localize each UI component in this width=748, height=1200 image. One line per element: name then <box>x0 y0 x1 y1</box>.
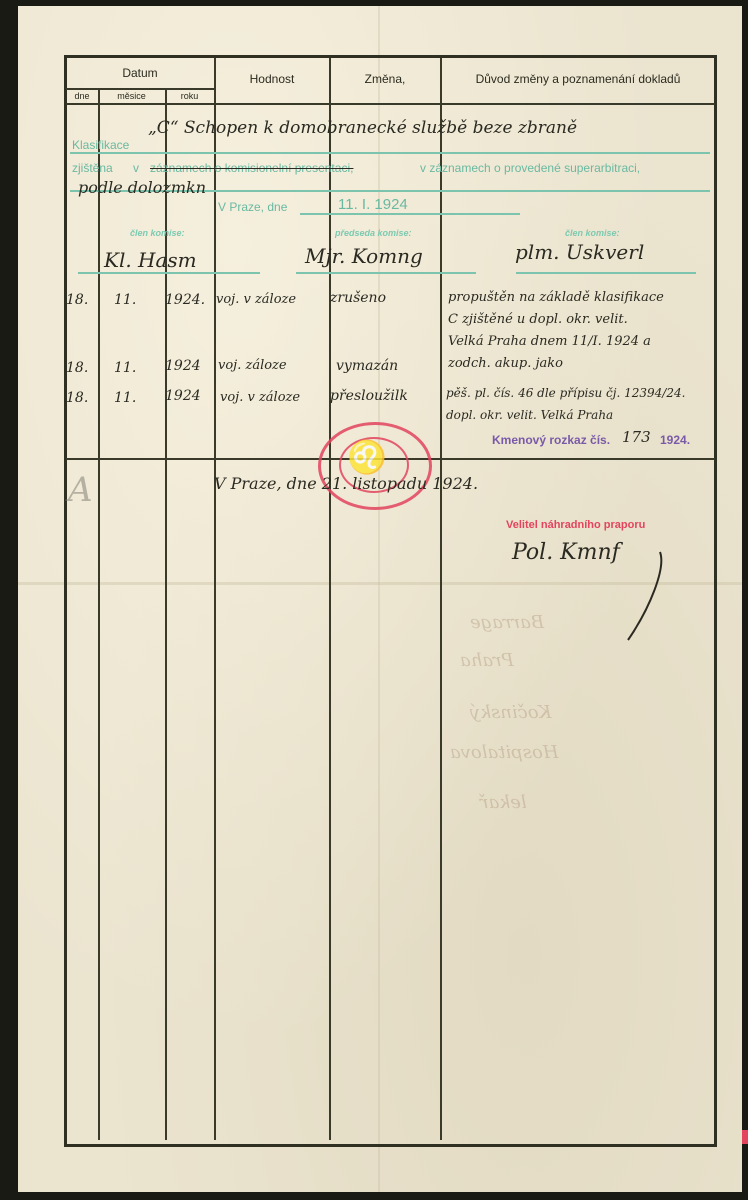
cell-mesice: 11. <box>114 292 136 308</box>
header-duvod: Důvod změny a poznamenání dokladů <box>441 72 715 86</box>
handwritten-classification: „C“ Schopen k domobranecké službě beze z… <box>148 118 577 138</box>
signature-line <box>78 272 260 274</box>
kmenovy-rozkaz-number: 173 <box>622 428 651 446</box>
header-bottom-line <box>66 103 715 105</box>
header-dne: dne <box>66 91 98 101</box>
printed-superarbitrace: v záznamech o provedené superarbitraci, <box>420 161 640 175</box>
official-seal: ♌ <box>318 422 432 510</box>
header-subdivider <box>66 88 214 90</box>
printed-v: v <box>133 161 139 175</box>
cell-mesice: 11. <box>114 390 136 406</box>
signature-center: Mjr. Komng <box>305 244 423 268</box>
label-clen-komise-right: člen komise: <box>565 228 620 238</box>
signature-right: plm. Uskverl <box>515 240 644 264</box>
signature-line <box>516 272 696 274</box>
signature-stroke <box>620 548 670 648</box>
cell-dne: 18. <box>66 292 88 308</box>
closing-place-date: V Praze, dne 21. listopadu 1924. <box>214 474 478 493</box>
column-divider-dne <box>98 88 100 1140</box>
commander-signature: Pol. Kmnf <box>512 540 620 565</box>
cell-hodnost: voj. v záloze <box>216 292 296 307</box>
cell-duvod-line: dopl. okr. velit. Velká Praha <box>446 408 613 422</box>
header-datum: Datum <box>66 66 214 80</box>
cell-mesice: 11. <box>114 360 136 376</box>
label-clen-komise-left: člen komise: <box>130 228 185 238</box>
cell-duvod-line: Velká Praha dnem 11/I. 1924 a <box>448 334 651 349</box>
cell-zmena: zrušeno <box>330 290 386 306</box>
margin-pencil-mark: A <box>68 470 93 510</box>
kmenovy-rozkaz-year: 1924. <box>660 433 690 447</box>
label-klasifikace: Klasifikace <box>72 138 129 152</box>
edge-red-mark <box>742 1130 748 1144</box>
signature-left: Kl. Hasm <box>104 248 197 272</box>
cell-hodnost: voj. v záloze <box>220 390 300 405</box>
date-stamp: 11. I. 1924 <box>338 196 408 213</box>
cell-duvod-line: propuštěn na základě klasifikace <box>448 290 664 305</box>
handwritten-podle: podle dolozmkn <box>78 178 206 197</box>
kmenovy-rozkaz-label: Kmenový rozkaz čís. <box>492 433 610 447</box>
cell-roku: 1924 <box>165 388 201 404</box>
cell-zmena: vymazán <box>336 358 398 374</box>
form-line <box>300 213 520 215</box>
cell-duvod-line: C zjištěné u dopl. okr. velit. <box>448 312 628 327</box>
cell-hodnost: voj. záloze <box>218 358 287 373</box>
header-hodnost: Hodnost <box>215 72 329 86</box>
label-zjistena: zjištěna <box>72 161 113 175</box>
form-line <box>70 152 710 154</box>
printed-struck-text: záznamech o komisionelní presentaci, <box>150 161 353 175</box>
header-mesice: měsice <box>98 91 165 101</box>
cell-duvod-line: pěš. pl. čís. 46 dle přípisu čj. 12394/2… <box>446 386 685 400</box>
lion-emblem-icon: ♌ <box>347 441 387 473</box>
label-predseda-komise: předseda komise: <box>335 228 412 238</box>
cell-roku: 1924. <box>165 292 205 308</box>
cell-duvod-line: zodch. akup. jako <box>448 356 563 371</box>
column-divider-mesice <box>165 88 167 1140</box>
cell-dne: 18. <box>66 390 88 406</box>
cell-roku: 1924 <box>165 358 201 374</box>
signature-line <box>296 272 476 274</box>
cell-dne: 18. <box>66 360 88 376</box>
header-zmena: Změna, <box>330 72 440 86</box>
label-place-date: V Praze, dne <box>218 200 287 214</box>
cell-zmena: přesloužilk <box>330 388 408 404</box>
header-roku: roku <box>165 91 214 101</box>
column-divider-hodnost <box>329 58 331 1140</box>
column-divider-roku <box>214 58 216 1140</box>
commander-title-stamp: Velitel náhradního praporu <box>506 519 645 531</box>
column-divider-zmena <box>440 58 442 1140</box>
